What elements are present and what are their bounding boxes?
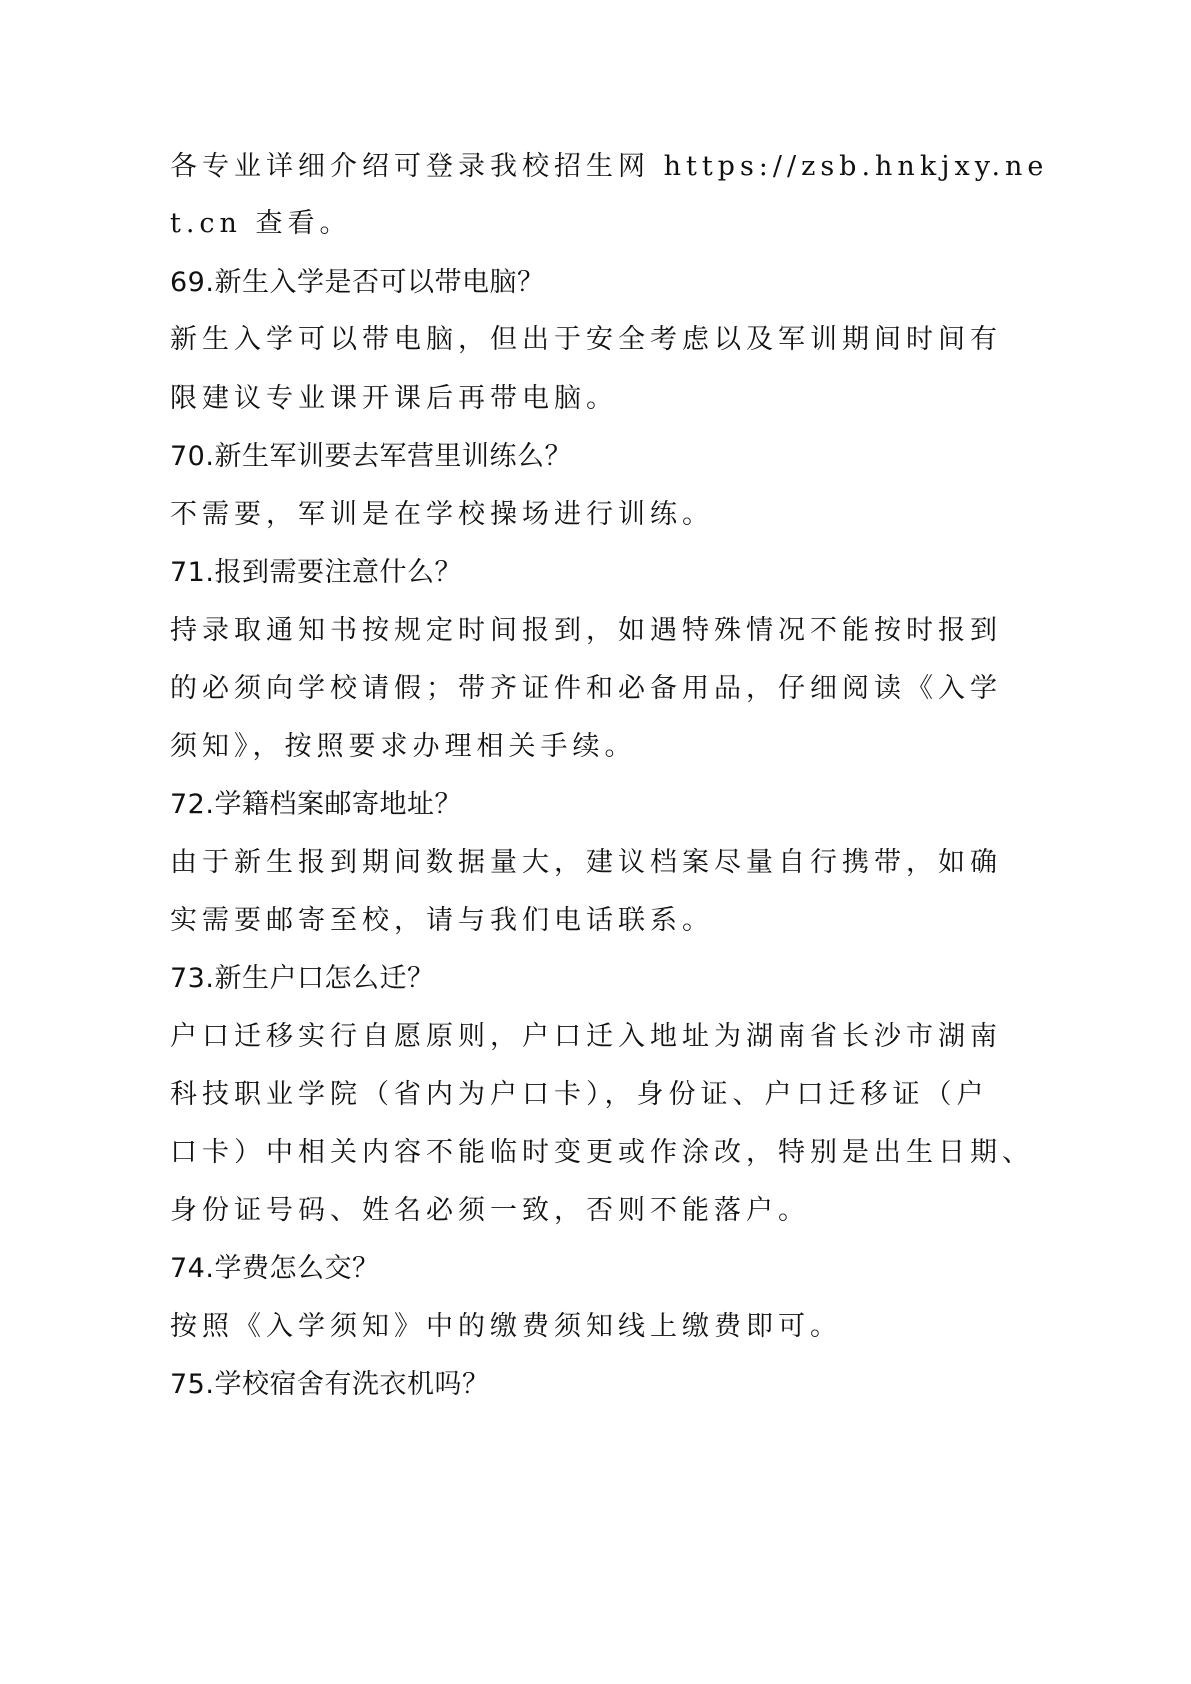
- body-line: 各专业详细介绍可登录我校招生网 https://zsb.hnkjxy.ne: [170, 150, 1048, 184]
- question-heading: 75.学校宿舍有洗衣机吗？: [170, 1368, 489, 1402]
- question-heading: 70.新生军训要去军营里训练么？: [170, 440, 572, 474]
- question-heading: 69.新生入学是否可以带电脑？: [170, 266, 544, 300]
- body-line: 按照《入学须知》中的缴费须知线上缴费即可。: [170, 1310, 842, 1344]
- document-page: 各专业详细介绍可登录我校招生网 https://zsb.hnkjxy.ne t.…: [0, 0, 1191, 1684]
- body-line: 身份证号码、姓名必须一致，否则不能落户。: [170, 1194, 810, 1228]
- body-line: 须知》，按照要求办理相关手续。: [170, 730, 637, 764]
- body-line: 的必须向学校请假；带齐证件和必备用品，仔细阅读《入学: [170, 672, 1002, 706]
- body-line: 科技职业学院（省内为户口卡），身份证、户口迁移证（户: [170, 1078, 989, 1112]
- body-line: 持录取通知书按规定时间报到，如遇特殊情况不能按时报到: [170, 614, 1002, 648]
- question-heading: 71.报到需要注意什么？: [170, 556, 462, 590]
- question-heading: 73.新生户口怎么迁？: [170, 962, 434, 996]
- body-line: 不需要，军训是在学校操场进行训练。: [170, 498, 714, 532]
- body-line: 实需要邮寄至校，请与我们电话联系。: [170, 904, 714, 938]
- body-line: 由于新生报到期间数据量大，建议档案尽量自行携带，如确: [170, 846, 1002, 880]
- body-line: t.cn 查看。: [170, 207, 352, 241]
- body-line: 限建议专业课开课后再带电脑。: [170, 382, 618, 416]
- body-line: 户口迁移实行自愿原则，户口迁入地址为湖南省长沙市湖南: [170, 1020, 1002, 1054]
- body-line: 口卡）中相关内容不能临时变更或作涂改，特别是出生日期、: [170, 1136, 1034, 1170]
- body-line: 新生入学可以带电脑，但出于安全考虑以及军训期间时间有: [170, 323, 1002, 357]
- question-heading: 72.学籍档案邮寄地址？: [170, 788, 462, 822]
- question-heading: 74.学费怎么交？: [170, 1252, 379, 1286]
